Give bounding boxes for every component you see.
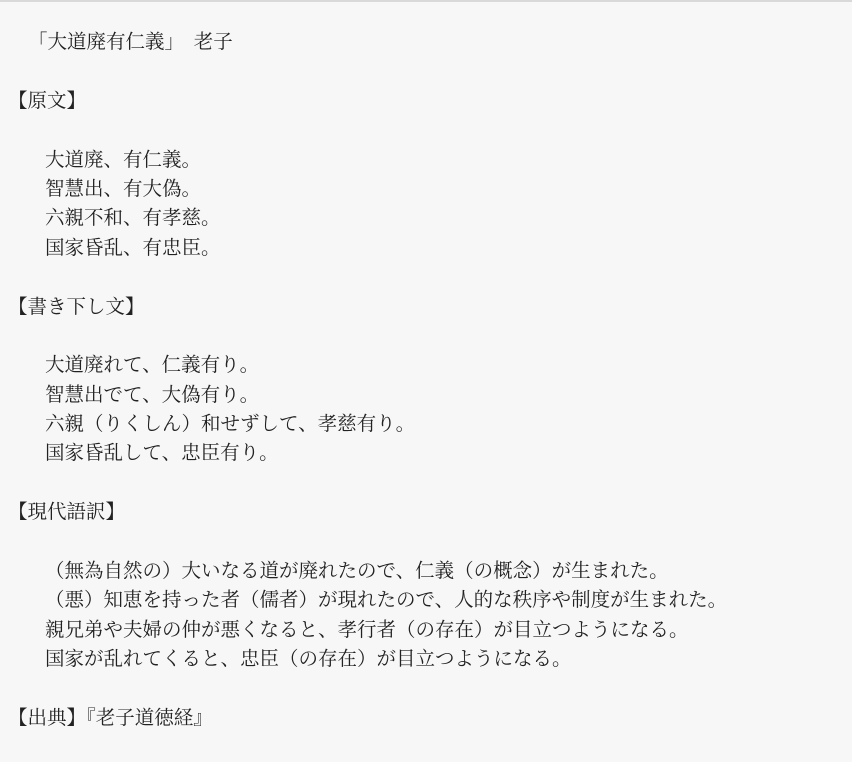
translation-line: （無為自然の）大いなる道が廃れたので、仁義（の概念）が生まれた。 <box>8 557 844 586</box>
spacer <box>8 322 844 351</box>
original-line: 大道廃、有仁義。 <box>8 146 844 175</box>
source-line: 【出典】『老子道徳経』 <box>8 704 844 733</box>
kakikudashi-line: 国家昏乱して、忠臣有り。 <box>8 439 844 468</box>
section-heading-kakikudashi: 【書き下し文】 <box>8 293 844 322</box>
translation-line: 国家が乱れてくると、忠臣（の存在）が目立つようになる。 <box>8 645 844 674</box>
spacer <box>8 116 844 145</box>
spacer <box>8 263 844 292</box>
original-line: 智慧出、有大偽。 <box>8 175 844 204</box>
kakikudashi-line: 智慧出でて、大偽有り。 <box>8 381 844 410</box>
spacer <box>8 57 844 86</box>
spacer <box>8 528 844 557</box>
document-page: 「大道廃有仁義」 老子 【原文】 大道廃、有仁義。 智慧出、有大偽。 六親不和、… <box>0 2 852 733</box>
source-heading: 【出典】 <box>8 707 86 729</box>
spacer <box>8 469 844 498</box>
translation-line: （悪）知恵を持った者（儒者）が現れたので、人的な秩序や制度が生まれた。 <box>8 586 844 615</box>
kakikudashi-line: 六親（りくしん）和せずして、孝慈有り。 <box>8 410 844 439</box>
spacer <box>8 675 844 704</box>
section-heading-gendaigoyaku: 【現代語訳】 <box>8 498 844 527</box>
page-title: 「大道廃有仁義」 老子 <box>8 28 844 57</box>
kakikudashi-line: 大道廃れて、仁義有り。 <box>8 351 844 380</box>
original-line: 六親不和、有孝慈。 <box>8 204 844 233</box>
source-work-title: 『老子道徳経』 <box>86 707 213 729</box>
translation-line: 親兄弟や夫婦の仲が悪くなると、孝行者（の存在）が目立つようになる。 <box>8 616 844 645</box>
section-heading-genbun: 【原文】 <box>8 87 844 116</box>
original-line: 国家昏乱、有忠臣。 <box>8 234 844 263</box>
